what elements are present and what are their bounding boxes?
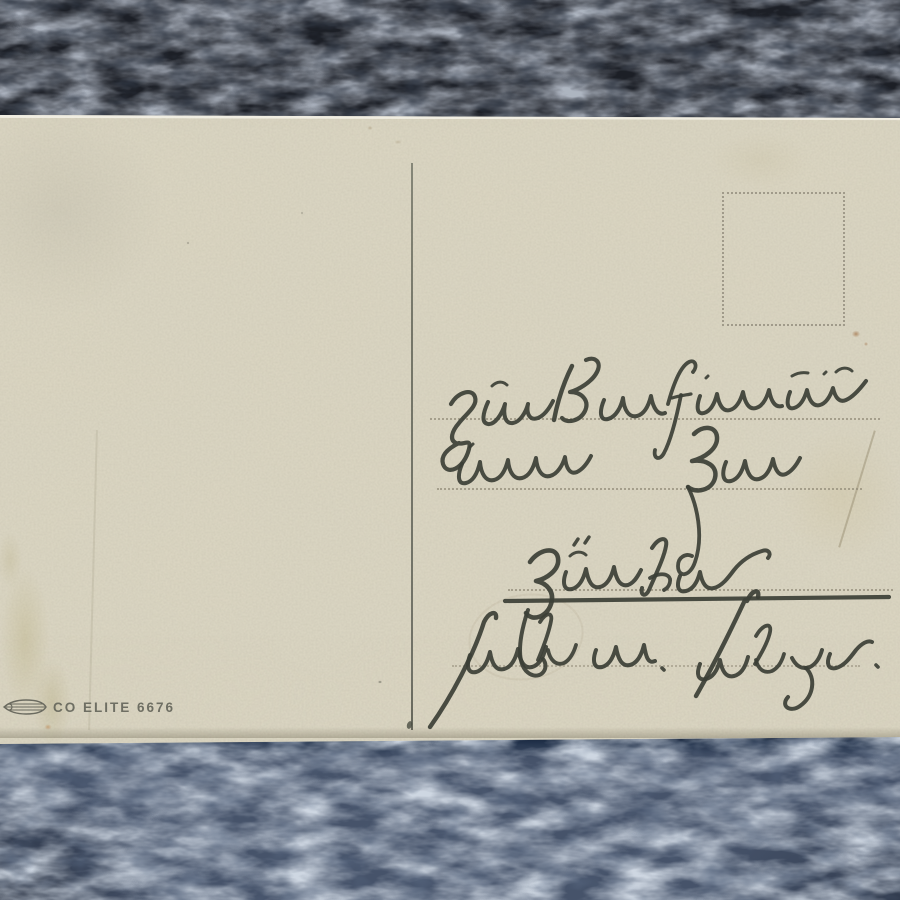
publisher-mark: CO ELITE 6676 [2, 697, 175, 717]
address-dotted-line-2 [437, 488, 862, 490]
marble-texture-bottom [0, 728, 900, 900]
address-dotted-line-3 [508, 589, 893, 591]
marble-background-bottom [0, 728, 900, 900]
postcard-photo-scene: CO ELITE 6676 [0, 0, 900, 900]
postcard-bottom-edge-shadow [0, 727, 900, 738]
address-dotted-line-4 [452, 665, 860, 667]
marble-background-top [0, 0, 900, 122]
publisher-text: CO ELITE 6676 [53, 700, 175, 715]
publisher-logo-icon [2, 697, 48, 717]
address-dotted-line-1 [430, 418, 880, 420]
marble-texture-top [0, 0, 900, 122]
stamp-box [722, 192, 845, 326]
divider-line [411, 163, 413, 730]
